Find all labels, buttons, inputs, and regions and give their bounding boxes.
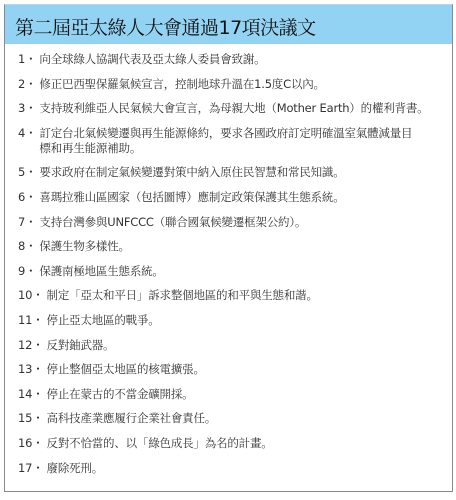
item-text: 反對鈾武器。 <box>47 338 444 353</box>
list-item: 14・停止在蒙古的不當金礦開採。 <box>18 387 444 402</box>
item-number: 8・ <box>18 239 39 254</box>
panel-header: 第二屆亞太綠人大會通過17項決議文 <box>5 5 452 44</box>
list-item: 2・修正巴西聖保羅氣候宣言，控制地球升溫在1.5度C以內。 <box>18 77 444 92</box>
item-text: 停止亞太地區的戰爭。 <box>47 313 444 328</box>
item-number: 7・ <box>18 215 39 230</box>
resolutions-panel: 第二屆亞太綠人大會通過17項決議文 1・向全球綠人協調代表及亞太綠人委員會致謝。… <box>4 4 453 492</box>
item-text: 支持玻利維亞人民氣候大會宣言，為母親大地（Mother Earth）的權利背書。 <box>39 101 444 116</box>
item-number: 14・ <box>18 387 47 402</box>
item-text: 高科技產業應履行企業社會責任。 <box>47 411 444 426</box>
list-item: 13・停止整個亞太地區的核電擴張。 <box>18 362 444 377</box>
item-text: 支持台灣參與UNFCCC（聯合國氣候變遷框架公約）。 <box>39 215 444 230</box>
list-item: 16・反對不恰當的、以「綠色成長」為名的計畫。 <box>18 436 444 451</box>
item-number: 11・ <box>18 313 47 328</box>
item-number: 16・ <box>18 436 47 451</box>
item-number: 13・ <box>18 362 47 377</box>
item-text: 停止整個亞太地區的核電擴張。 <box>47 362 444 377</box>
item-number: 10・ <box>18 288 47 303</box>
list-item: 7・支持台灣參與UNFCCC（聯合國氣候變遷框架公約）。 <box>18 215 444 230</box>
list-item: 3・支持玻利維亞人民氣候大會宣言，為母親大地（Mother Earth）的權利背… <box>18 101 444 116</box>
item-number: 17・ <box>18 461 47 476</box>
item-text: 保護生物多樣性。 <box>39 239 444 254</box>
item-text: 向全球綠人協調代表及亞太綠人委員會致謝。 <box>39 52 444 67</box>
item-number: 4・ <box>18 126 39 156</box>
item-text: 反對不恰當的、以「綠色成長」為名的計畫。 <box>47 436 444 451</box>
item-number: 2・ <box>18 77 39 92</box>
list-item: 11・停止亞太地區的戰爭。 <box>18 313 444 328</box>
item-number: 1・ <box>18 52 39 67</box>
list-item: 17・廢除死刑。 <box>18 461 444 476</box>
item-text: 停止在蒙古的不當金礦開採。 <box>47 387 444 402</box>
list-item: 1・向全球綠人協調代表及亞太綠人委員會致謝。 <box>18 52 444 67</box>
item-text: 訂定台北氣候變遷與再生能源條約，要求各國政府訂定明確溫室氣體減量目標和再生能源補… <box>39 126 419 156</box>
list-item: 6・喜瑪拉雅山區國家（包括圖博）應制定政策保護其生態系統。 <box>18 190 444 205</box>
item-text: 要求政府在制定氣候變遷對策中納入原住民智慧和常民知識。 <box>39 165 444 180</box>
item-number: 3・ <box>18 101 39 116</box>
item-number: 5・ <box>18 165 39 180</box>
item-text: 喜瑪拉雅山區國家（包括圖博）應制定政策保護其生態系統。 <box>39 190 444 205</box>
item-number: 6・ <box>18 190 39 205</box>
list-item: 4・訂定台北氣候變遷與再生能源條約，要求各國政府訂定明確溫室氣體減量目標和再生能… <box>18 126 444 156</box>
panel-title: 第二屆亞太綠人大會通過17項決議文 <box>15 13 316 40</box>
list-item: 10・制定「亞太和平日」訴求整個地區的和平與生態和諧。 <box>18 288 444 303</box>
list-item: 12・反對鈾武器。 <box>18 338 444 353</box>
item-number: 9・ <box>18 264 39 279</box>
list-item: 5・要求政府在制定氣候變遷對策中納入原住民智慧和常民知識。 <box>18 165 444 180</box>
list-item: 8・保護生物多樣性。 <box>18 239 444 254</box>
item-text: 廢除死刑。 <box>47 461 444 476</box>
list-item: 15・高科技產業應履行企業社會責任。 <box>18 411 444 426</box>
item-text: 保護南極地區生態系統。 <box>39 264 444 279</box>
item-number: 12・ <box>18 338 47 353</box>
item-number: 15・ <box>18 411 47 426</box>
item-text: 制定「亞太和平日」訴求整個地區的和平與生態和諧。 <box>47 288 444 303</box>
resolutions-list: 1・向全球綠人協調代表及亞太綠人委員會致謝。 2・修正巴西聖保羅氣候宣言，控制地… <box>18 52 444 485</box>
list-item: 9・保護南極地區生態系統。 <box>18 264 444 279</box>
item-text: 修正巴西聖保羅氣候宣言，控制地球升溫在1.5度C以內。 <box>39 77 444 92</box>
